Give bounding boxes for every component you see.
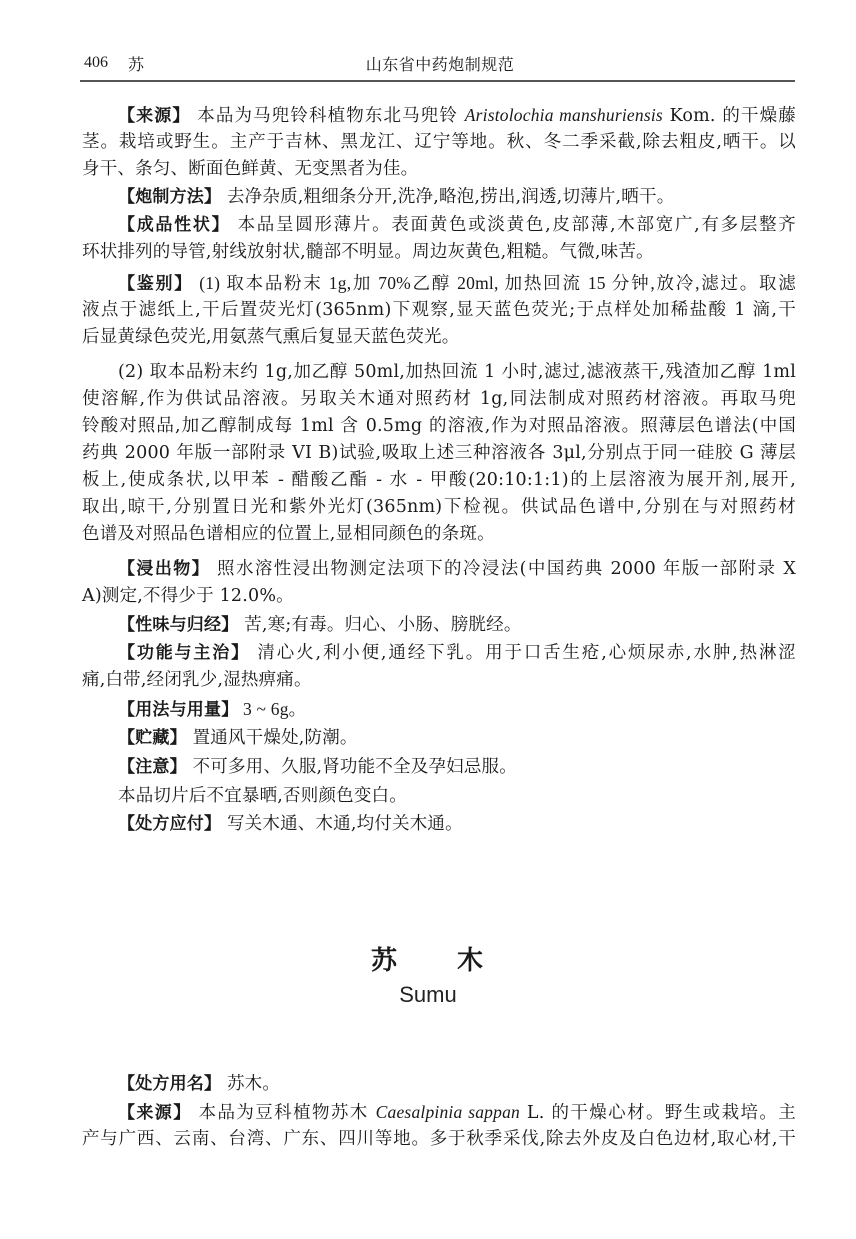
processing-method: 【炮制方法】 去净杂质,粗细条分开,洗净,略泡,捞出,润透,切薄片,晒干。 [118,184,796,210]
source-line-2: 茎。栽培或野生。主产于吉林、黑龙江、辽宁等地。秋、冬二季采截,除去粗皮,晒干。以 [82,129,796,155]
identification-p1-line-2: 液点于滤纸上,干后置荧光灯(365nm)下观察,显天蓝色荧光;于点样处加稀盐酸 … [82,297,796,323]
identification-p2-line-2: 使溶解,作为供试品溶液。另取关木通对照药材 1g,同法制成对照药材溶液。再取马兜 [82,386,796,412]
source-line-1: 【来源】 本品为马兜铃科植物东北马兜铃 Aristolochia manshur… [118,102,796,128]
nature-meridian: 【性味与归经】 苦,寒;有毒。归心、小肠、膀胱经。 [118,612,796,638]
dosage: 【用法与用量】 3 ~ 6g。 [118,696,796,723]
extract-line-2: A)测定,不得少于 12.0%。 [82,583,796,609]
extract-line-1: 【浸出物】 照水溶性浸出物测定法项下的冷浸法(中国药典 2000 年版一部附录 … [118,556,796,582]
source-line-3: 身干、条匀、断面色鲜黄、无变黑者为佳。 [82,156,796,182]
traits-line-1: 【成品性状】 本品呈圆形薄片。表面黄色或淡黄色,皮部薄,木部宽广,有多层整齐 [118,212,796,238]
function-line-2: 痛,白带,经闭乳少,湿热痹痛。 [82,667,796,693]
traits-line-2: 环状排列的导管,射线放射状,髓部不明显。周边灰黄色,粗糙。气微,味苦。 [82,239,796,265]
latin-name: Caesalpinia sappan [376,1102,520,1122]
caution: 【注意】 不可多用、久服,肾功能不全及孕妇忌服。 [118,754,796,780]
identification-p1-line-1: 【鉴别】 (1) 取本品粉末 1g,加 70%乙醇 20ml, 加热回流 15 … [118,270,796,296]
caution-note: 本品切片后不宜暴晒,否则颜色变白。 [118,783,796,809]
entry-pinyin: Sumu [0,982,856,1008]
identification-p2-line-3: 铃酸对照品,加乙醇制成每 1ml 含 0.5mg 的溶液,作为对照品溶液。照薄层… [82,413,796,439]
running-header: 406 苏 山东省中药炮制规范 [84,52,796,76]
identification-p2-line-6: 取出,晾干,分别置日光和紫外光灯(365nm)下检视。供试品色谱中,分别在与对照… [82,494,796,520]
identification-p2-line-1: (2) 取本品粉末约 1g,加乙醇 50ml,加热回流 1 小时,滤过,滤液蒸干… [118,359,796,385]
identification-p2-line-5: 板上,使成条状,以甲苯 - 醋酸乙酯 - 水 - 甲酸(20:10:1:1)的上… [82,467,796,493]
identification-p2-line-4: 药典 2000 年版一部附录 VI B)试验,吸取上述三种溶液各 3μl,分别点… [82,440,796,466]
sumu-source-line-1: 【来源】 本品为豆科植物苏木 Caesalpinia sappan L. 的干燥… [118,1099,796,1125]
storage: 【贮藏】 置通风干燥处,防潮。 [118,725,796,751]
function-line-1: 【功能与主治】 清心火,利小便,通经下乳。用于口舌生疮,心烦尿赤,水肿,热淋涩 [118,640,796,666]
latin-name: Aristolochia manshuriensis [465,105,663,125]
entry-title: 苏木 [0,940,856,977]
sumu-prescription-name: 【处方用名】 苏木。 [118,1071,796,1097]
book-title: 山东省中药炮制规范 [84,52,796,75]
sumu-source-line-2: 产与广西、云南、台湾、广东、四川等地。多于秋季采伐,除去外皮及白色边材,取心材,… [82,1126,796,1152]
prescription-dispensing: 【处方应付】 写关木通、木通,均付关木通。 [118,811,796,837]
identification-p2-line-7: 色谱及对照品色谱相应的位置上,显相同颜色的条斑。 [82,521,796,547]
book-page: 406 苏 山东省中药炮制规范 【来源】 本品为马兜铃科植物东北马兜铃 Aris… [0,0,856,1239]
identification-p1-line-3: 后显黄绿色荧光,用氨蒸气熏后复显天蓝色荧光。 [82,324,796,350]
header-rule [80,80,795,82]
